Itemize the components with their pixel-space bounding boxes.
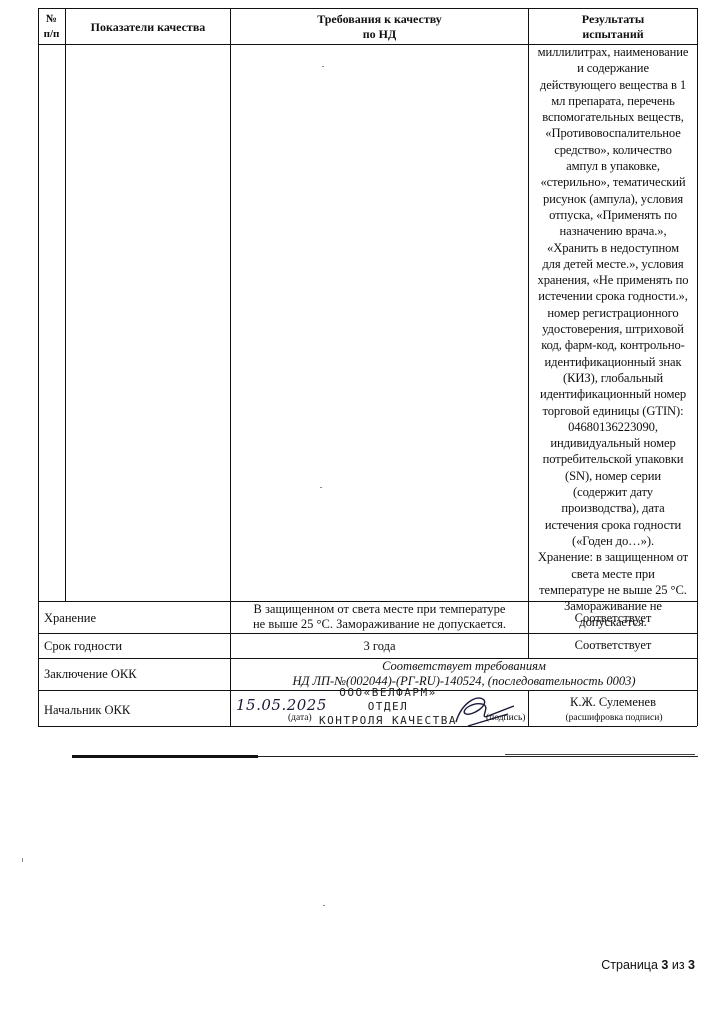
- department-stamp: ООО«ВЕЛФАРМ» ОТДЕЛ КОНТРОЛЯ КАЧЕСТВА: [318, 686, 458, 728]
- result-line: (КИЗ), глобальный: [529, 370, 697, 386]
- header-requirement: Требования к качеству по НД: [231, 12, 528, 42]
- row-divider: [38, 633, 697, 634]
- header-result-line1: Результаты: [529, 12, 697, 27]
- table-border-top: [38, 8, 697, 9]
- result-line: света месте при: [529, 566, 697, 582]
- shelf-life-indicator: Срок годности: [44, 638, 122, 654]
- stamp-line2: ОТДЕЛ: [318, 700, 458, 714]
- result-line: рисунок (ампула), условия: [529, 191, 697, 207]
- result-line: индивидуальный номер: [529, 435, 697, 451]
- shelf-life-result: Соответствует: [529, 637, 697, 653]
- result-line: вспомогательных веществ,: [529, 109, 697, 125]
- continued-result-cell: миллилитрах, наименование и содержание д…: [529, 44, 697, 631]
- name-caption: (расшифровка подписи): [529, 713, 699, 723]
- shelf-life-requirement: 3 года: [231, 638, 528, 654]
- storage-requirement-line2: не выше 25 °С. Замораживание не допускае…: [231, 617, 528, 632]
- stamp-line3: КОНТРОЛЯ КАЧЕСТВА: [318, 714, 458, 728]
- conclusion-label: Заключение ОКК: [44, 666, 137, 682]
- result-line: идентификационный номер: [529, 386, 697, 402]
- result-line: потребительской упаковки: [529, 451, 697, 467]
- head-name: К.Ж. Сулеменев: [529, 694, 697, 710]
- header-result: Результаты испытаний: [529, 12, 697, 42]
- result-line: торговой единицы (GTIN):: [529, 403, 697, 419]
- result-line: удостоверения, штриховой: [529, 321, 697, 337]
- table-border-left: [38, 8, 39, 726]
- scan-speck: [322, 66, 324, 67]
- conclusion-text: Соответствует требованиям НД ЛП-№(002044…: [231, 659, 697, 689]
- result-line: 04680136223090,: [529, 419, 697, 435]
- result-line: код, фарм-код, контрольно-: [529, 337, 697, 353]
- result-line: (SN), номер серии: [529, 468, 697, 484]
- storage-requirement-line1: В защищенном от света месте при температ…: [231, 602, 528, 617]
- page-number: Страница 3 из 3: [601, 958, 695, 972]
- result-line: («Годен до…»).: [529, 533, 697, 549]
- separator-rule-thick: [72, 755, 258, 758]
- storage-result: Соответствует: [529, 610, 697, 626]
- header-num: № п/п: [38, 12, 65, 42]
- result-line: назначению врача.»,: [529, 223, 697, 239]
- header-result-line2: испытаний: [529, 27, 697, 42]
- result-line: для детей месте.», условия: [529, 256, 697, 272]
- result-line: действующего вещества в 1: [529, 77, 697, 93]
- header-num-line1: №: [38, 12, 65, 27]
- col-divider-num: [65, 8, 66, 601]
- result-line: и содержание: [529, 60, 697, 76]
- page-prefix: Страница: [601, 958, 658, 972]
- result-line: идентификационный знак: [529, 354, 697, 370]
- conclusion-line1: Соответствует требованиям: [231, 659, 697, 674]
- result-line: миллилитрах, наименование: [529, 44, 697, 60]
- result-line: средство», количество: [529, 142, 697, 158]
- storage-indicator: Хранение: [44, 610, 96, 626]
- result-line: производства), дата: [529, 500, 697, 516]
- table-border-right: [697, 8, 698, 726]
- result-line: Хранение: в защищенном от: [529, 549, 697, 565]
- head-label: Начальник ОКК: [44, 702, 130, 718]
- scan-speck: [323, 905, 325, 906]
- result-line: истечения срока годности: [529, 517, 697, 533]
- signature-caption: (подпись): [486, 713, 525, 723]
- conclusion-line2: НД ЛП-№(002044)-(РГ-RU)-140524, (последо…: [231, 674, 697, 689]
- signature-icon: [448, 692, 518, 730]
- storage-requirement: В защищенном от света месте при температ…: [231, 602, 528, 632]
- header-indicator: Показатели качества: [66, 20, 230, 35]
- stamp-line1: ООО«ВЕЛФАРМ»: [318, 686, 458, 700]
- result-line: мл препарата, перечень: [529, 93, 697, 109]
- result-line: номер регистрационного: [529, 305, 697, 321]
- handwritten-date: 15.05.2025: [236, 696, 327, 714]
- result-line: отпуска, «Применять по: [529, 207, 697, 223]
- page-total: 3: [688, 958, 695, 972]
- result-line: «Хранить в недоступном: [529, 240, 697, 256]
- header-num-line2: п/п: [38, 27, 65, 42]
- result-line: (содержит дату: [529, 484, 697, 500]
- result-line: температуре не выше 25 °С.: [529, 582, 697, 598]
- header-requirement-line1: Требования к качеству: [231, 12, 528, 27]
- separator-rule-thin: [258, 756, 698, 757]
- date-caption: (дата): [288, 713, 312, 723]
- result-line: истечении срока годности.»,: [529, 288, 697, 304]
- result-line: «Противовоспалительное: [529, 125, 697, 141]
- result-line: хранения, «Не применять по: [529, 272, 697, 288]
- result-line: «стерильно», тематический: [529, 174, 697, 190]
- scan-speck: [22, 858, 23, 862]
- scan-speck: [320, 487, 322, 488]
- page-current: 3: [661, 958, 668, 972]
- result-line: ампул в упаковке,: [529, 158, 697, 174]
- page-separator: из: [672, 958, 685, 972]
- separator-rule-thin-upper: [505, 754, 695, 755]
- header-requirement-line2: по НД: [231, 27, 528, 42]
